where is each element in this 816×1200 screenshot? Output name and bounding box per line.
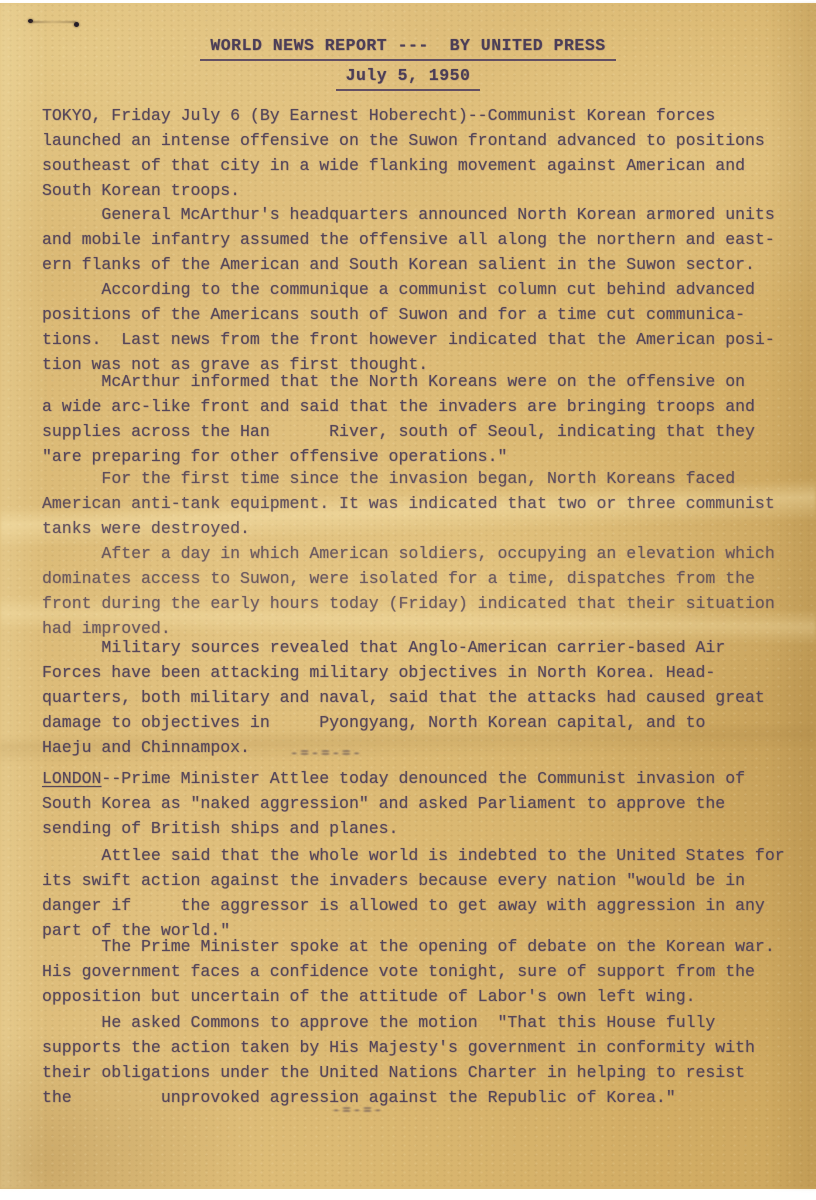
paragraph-tokyo-2: General McArthur's headquarters announce…: [42, 202, 800, 277]
paragraph-text: After a day in which American soldiers, …: [42, 544, 775, 638]
paragraph-text: The Prime Minister spoke at the opening …: [42, 937, 775, 1006]
paragraph-text: According to the communique a communist …: [42, 280, 775, 374]
staple-mark: [22, 15, 86, 29]
report-title-text: WORLD NEWS REPORT --- BY UNITED PRESS: [200, 33, 615, 61]
scanned-document-page: WORLD NEWS REPORT --- BY UNITED PRESS Ju…: [0, 0, 816, 1200]
paragraph-tokyo-3: According to the communique a communist …: [42, 277, 800, 377]
paragraph-tokyo-6: After a day in which American soldiers, …: [42, 541, 800, 641]
paragraph-text: Military sources revealed that Anglo-Ame…: [42, 638, 765, 757]
paragraph-tokyo-7: Military sources revealed that Anglo-Ame…: [42, 635, 800, 760]
report-title: WORLD NEWS REPORT --- BY UNITED PRESS: [0, 33, 816, 61]
paragraph-text: He asked Commons to approve the motion "…: [42, 1013, 755, 1107]
paragraph-london-4: He asked Commons to approve the motion "…: [42, 1010, 800, 1110]
report-date-text: July 5, 1950: [336, 63, 481, 91]
paragraph-london-1: LONDON--Prime Minister Attlee today deno…: [42, 766, 800, 841]
paragraph-london-2: Attlee said that the whole world is inde…: [42, 843, 800, 943]
paragraph-tokyo-5: For the first time since the invasion be…: [42, 466, 800, 541]
paragraph-text: Attlee said that the whole world is inde…: [42, 846, 785, 940]
paragraph-text: --Prime Minister Attlee today denounced …: [42, 769, 745, 838]
paragraph-text: TOKYO, Friday July 6 (By Earnest Hoberec…: [42, 106, 765, 200]
report-date: July 5, 1950: [0, 63, 816, 91]
end-smudge: -=-=-: [332, 1105, 384, 1116]
paragraph-tokyo-1: TOKYO, Friday July 6 (By Earnest Hoberec…: [42, 103, 800, 203]
paragraph-text: General McArthur's headquarters announce…: [42, 205, 775, 274]
separator-smudge: -=-=-=-: [290, 748, 363, 759]
paragraph-text: McArthur informed that the North Koreans…: [42, 372, 755, 466]
paragraph-lead-london: LONDON: [42, 769, 101, 788]
paragraph-text: For the first time since the invasion be…: [42, 469, 775, 538]
paragraph-london-3: The Prime Minister spoke at the opening …: [42, 934, 800, 1009]
paragraph-tokyo-4: McArthur informed that the North Koreans…: [42, 369, 800, 469]
